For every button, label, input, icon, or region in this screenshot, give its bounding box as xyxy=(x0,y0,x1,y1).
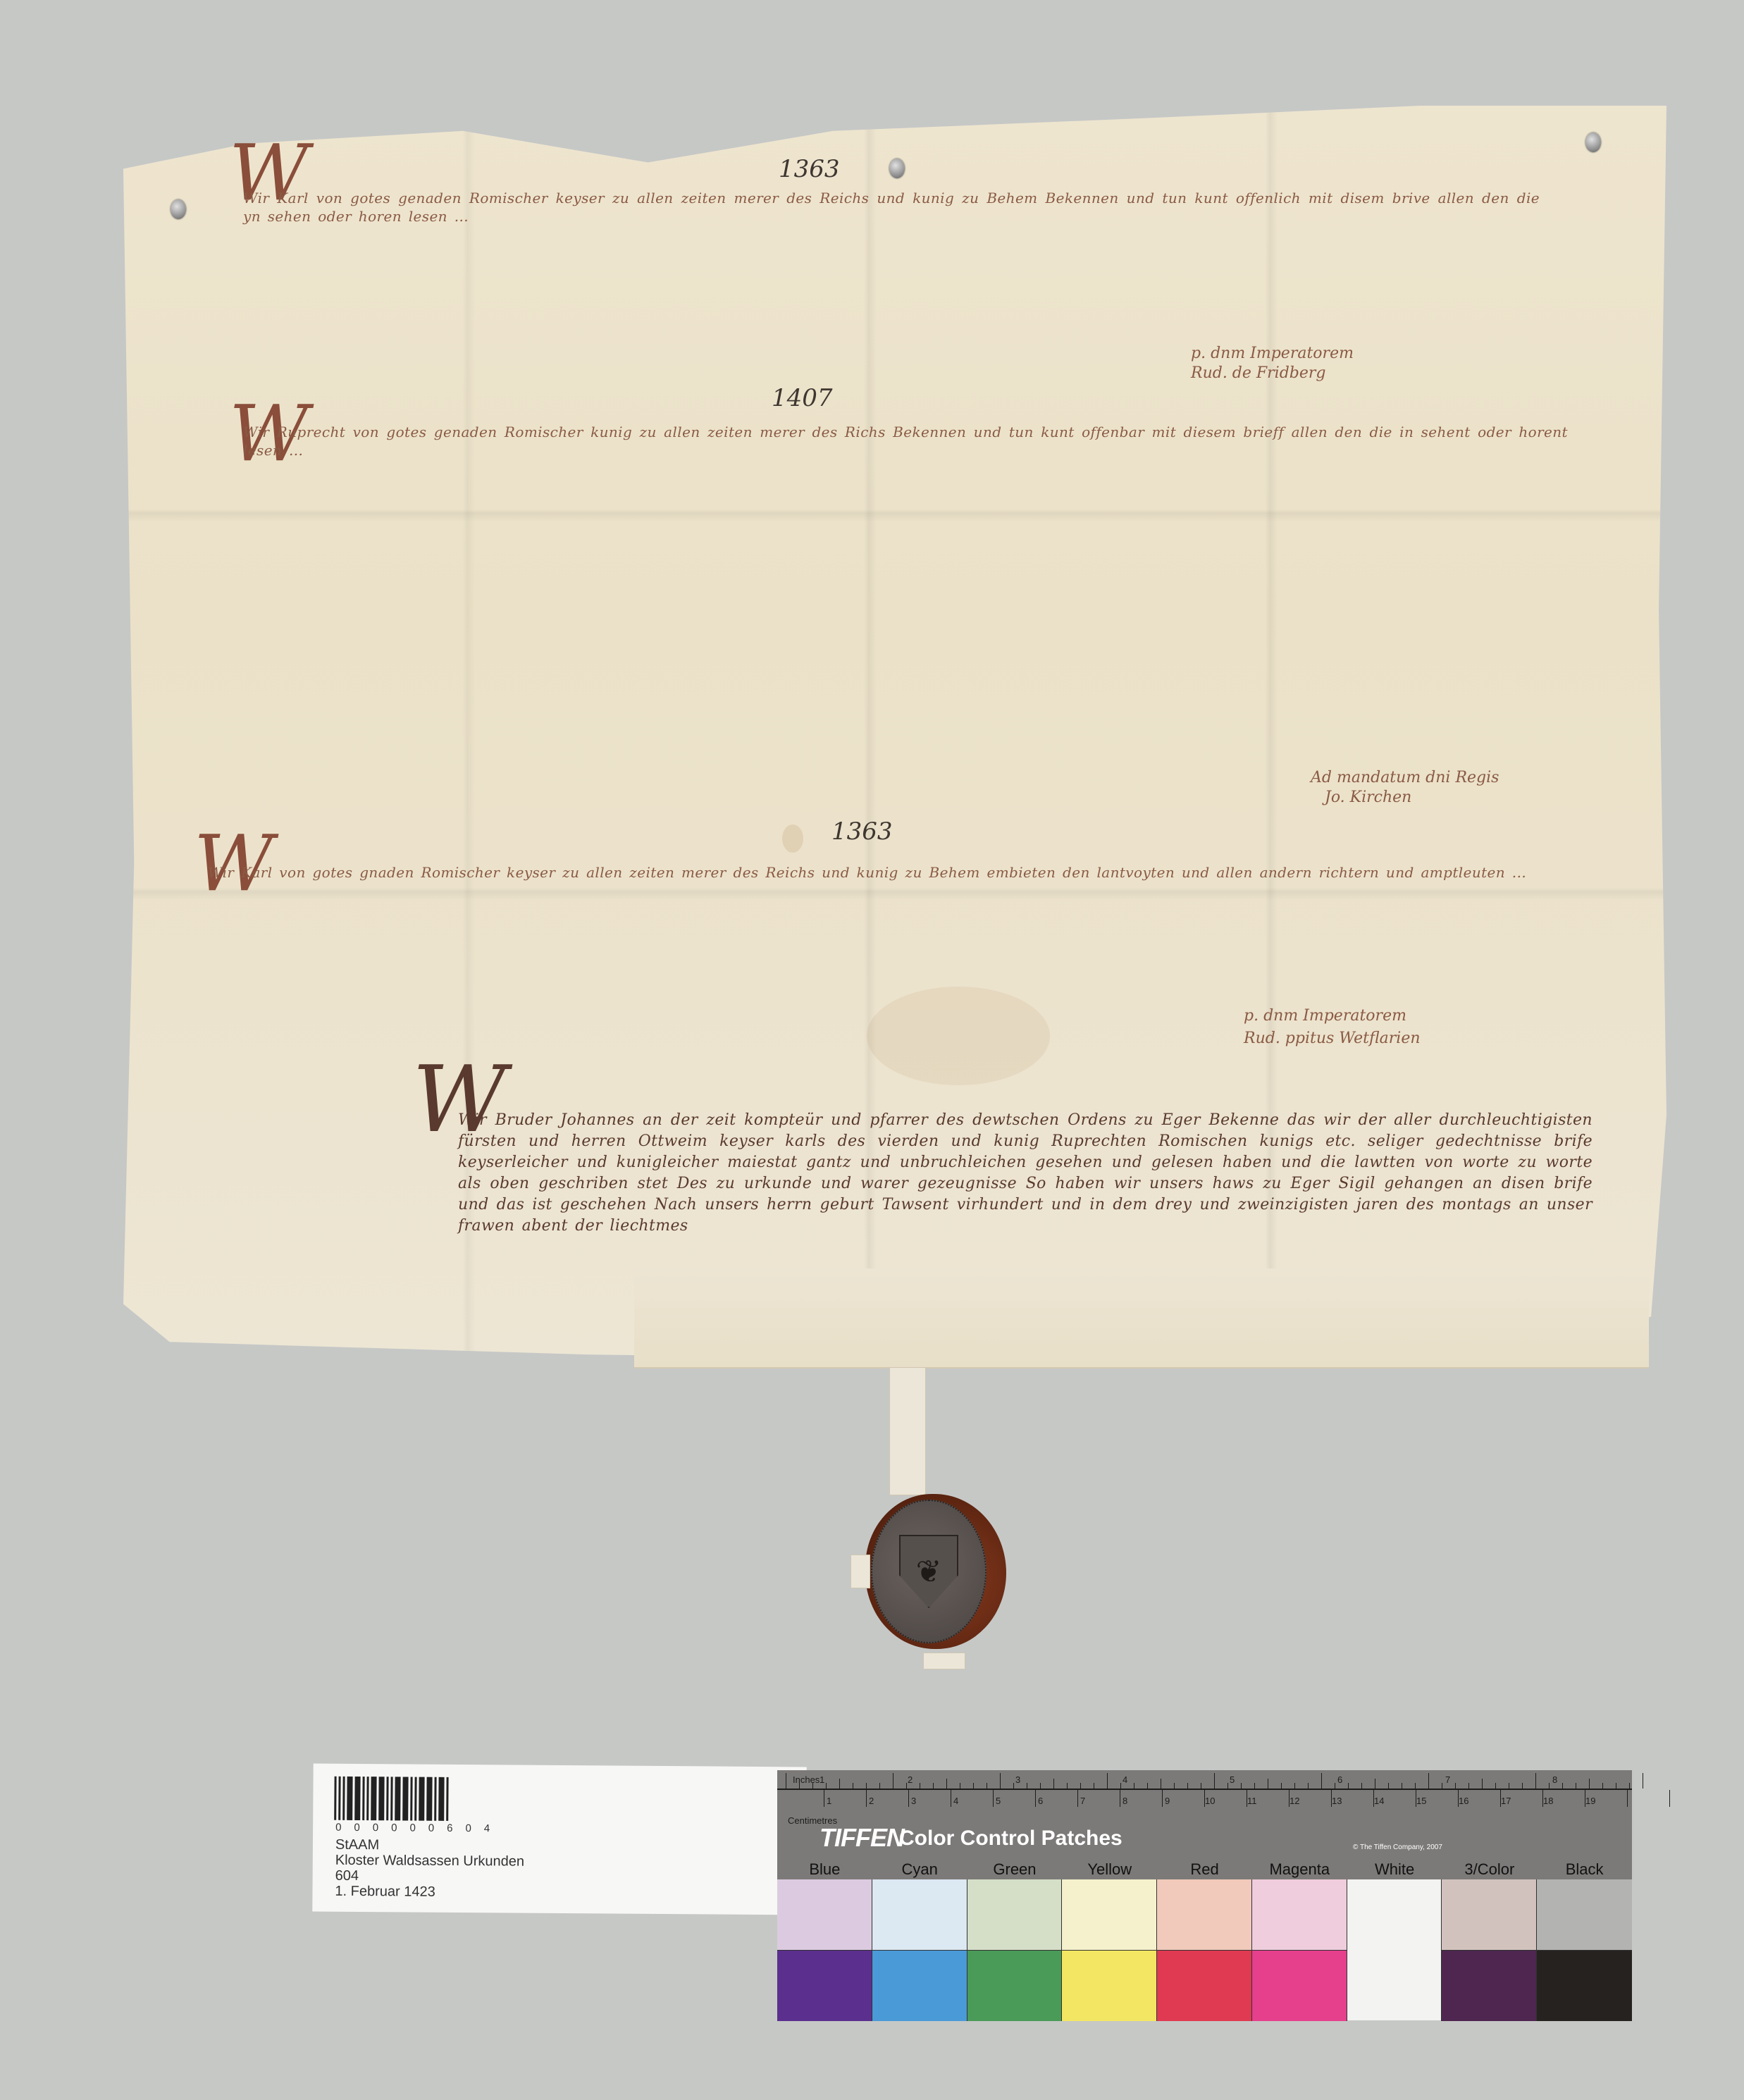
cm-tick xyxy=(1458,1790,1459,1807)
patch-label-cyan: Cyan xyxy=(872,1860,967,1879)
inch-tick xyxy=(853,1783,853,1789)
cm-tick xyxy=(1416,1790,1416,1807)
inch-tick-label: 3 xyxy=(1015,1774,1020,1785)
patch-label-magenta: Magenta xyxy=(1252,1860,1347,1879)
patch-label-3color: 3/Color xyxy=(1442,1860,1537,1879)
cm-tick-label: 19 xyxy=(1585,1796,1595,1806)
document-date: 1. Februar 1423 xyxy=(335,1884,435,1900)
patch-dark xyxy=(1252,1951,1347,2021)
cm-tick xyxy=(1585,1790,1585,1807)
cm-tick xyxy=(1627,1790,1628,1807)
patch-column-magenta xyxy=(1252,1879,1347,2021)
patch-label-blue: Blue xyxy=(777,1860,872,1879)
patch-light xyxy=(967,1879,1062,1951)
inch-tick xyxy=(1361,1783,1362,1789)
patch-column-blue xyxy=(777,1879,872,2021)
inch-tick xyxy=(1161,1779,1161,1789)
inch-tick xyxy=(1415,1783,1416,1789)
stain xyxy=(782,824,803,853)
inch-tick xyxy=(1254,1783,1255,1789)
inch-tick xyxy=(1348,1783,1349,1789)
patch-dark xyxy=(1442,1951,1536,2021)
cm-tick xyxy=(1035,1790,1036,1807)
patch-label-black: Black xyxy=(1537,1860,1632,1879)
barcode-number: 000000604 xyxy=(335,1822,502,1835)
inch-tick xyxy=(799,1783,800,1789)
charter-plica-fold xyxy=(634,1268,1649,1369)
seal-strap-tab xyxy=(923,1653,965,1669)
patch-dark xyxy=(967,1951,1062,2021)
cm-tick xyxy=(1289,1790,1290,1807)
charter-section-2-text: Wir Ruprecht von gotes genaden Romischer… xyxy=(243,423,1568,789)
collection-name: Kloster Waldsassen Urkunden xyxy=(335,1853,524,1870)
inch-tick xyxy=(1616,1783,1616,1789)
patch-dark xyxy=(777,1951,872,2021)
cm-tick xyxy=(908,1790,909,1807)
patch-label-green: Green xyxy=(967,1860,1063,1879)
eagle-shield-icon: ❦ xyxy=(899,1535,958,1608)
patch-column-cyan xyxy=(872,1879,967,2021)
inch-tick xyxy=(1402,1783,1402,1789)
inch-tick xyxy=(1094,1783,1094,1789)
inch-tick xyxy=(973,1783,974,1789)
patch-light xyxy=(1442,1879,1536,1951)
card-title: Color Control Patches xyxy=(899,1827,1123,1851)
charter-section-1-text: Wir Karl von gotes genaden Romischer key… xyxy=(243,189,1540,365)
cm-tick-label: 16 xyxy=(1459,1796,1468,1806)
inch-tick xyxy=(1482,1779,1483,1789)
charter-section-3-text: Wir Karl von gotes gnaden Romischer keys… xyxy=(208,863,1547,997)
inch-tick xyxy=(1535,1773,1536,1789)
barcode-icon xyxy=(334,1777,502,1822)
cm-tick xyxy=(1500,1790,1501,1807)
inch-tick xyxy=(1549,1783,1550,1789)
inch-tick xyxy=(1000,1773,1001,1789)
inch-tick xyxy=(1509,1783,1509,1789)
cm-tick xyxy=(1204,1790,1205,1807)
patch-light xyxy=(1252,1879,1347,1951)
cm-tick-label: 4 xyxy=(953,1796,958,1806)
inch-tick-label: 5 xyxy=(1230,1774,1235,1785)
patch-column-3color xyxy=(1442,1879,1537,2021)
cm-tick-label: 14 xyxy=(1374,1796,1384,1806)
section-2-signature-line-2: Jo. Kirchen xyxy=(1325,788,1411,808)
section-2-signature-line-1: Ad mandatum dni Regis xyxy=(1311,768,1499,788)
inch-tick xyxy=(1281,1783,1282,1789)
patch-light xyxy=(872,1879,967,1951)
cm-tick-label: 3 xyxy=(911,1796,916,1806)
inch-tick xyxy=(1013,1783,1014,1789)
inch-tick xyxy=(1040,1783,1041,1789)
seal-impression: ❦ xyxy=(871,1500,987,1643)
cm-tick-label: 13 xyxy=(1332,1796,1342,1806)
inch-tick xyxy=(1107,1773,1108,1789)
inch-tick xyxy=(1643,1773,1643,1789)
cm-tick-label: 17 xyxy=(1501,1796,1511,1806)
inch-tick xyxy=(1120,1783,1121,1789)
cm-tick-label: 8 xyxy=(1123,1796,1127,1806)
section-1-signature-line-2: Rud. de Fridberg xyxy=(1191,364,1326,383)
cm-tick xyxy=(1373,1790,1374,1807)
cm-tick xyxy=(1247,1790,1247,1807)
inch-tick xyxy=(1147,1783,1148,1789)
inch-tick xyxy=(1468,1783,1469,1789)
section-1-signature-line-1: p. dnm Imperatorem xyxy=(1191,344,1354,364)
patch-dark xyxy=(1537,1951,1632,2021)
inch-tick xyxy=(920,1783,920,1789)
patch-light xyxy=(1157,1879,1251,1951)
seal-strap-tab xyxy=(851,1555,870,1588)
inch-tick-label: 2 xyxy=(908,1774,913,1785)
cm-tick xyxy=(993,1790,994,1807)
year-note-1: 1363 xyxy=(779,155,840,183)
patch-column-white xyxy=(1347,1879,1442,2021)
inch-tick xyxy=(1442,1783,1442,1789)
inch-tick xyxy=(1174,1783,1175,1789)
document-number: 604 xyxy=(335,1868,359,1884)
inch-tick xyxy=(1589,1779,1590,1789)
inch-tick-label: 8 xyxy=(1552,1774,1557,1785)
inch-tick xyxy=(1027,1783,1027,1789)
inch-tick xyxy=(826,1783,827,1789)
inch-tick-label: 4 xyxy=(1123,1774,1127,1785)
patch-dark xyxy=(1347,1950,1442,2020)
archive-label: 000000604 StAAM Kloster Waldsassen Urkun… xyxy=(312,1764,806,1915)
inch-tick xyxy=(1321,1773,1322,1789)
cm-tick xyxy=(1077,1790,1078,1807)
patch-light xyxy=(1537,1879,1632,1951)
inch-tick xyxy=(946,1779,947,1789)
patch-label-white: White xyxy=(1347,1860,1442,1879)
section-3-signature-line-1: p. dnm Imperatorem xyxy=(1244,1006,1406,1026)
cm-tick-label: 10 xyxy=(1205,1796,1215,1806)
pin-icon xyxy=(171,199,186,219)
inch-tick xyxy=(786,1773,786,1789)
inch-tick xyxy=(987,1783,987,1789)
inch-tick xyxy=(1602,1783,1603,1789)
inch-tick xyxy=(1134,1783,1134,1789)
patch-column-black xyxy=(1537,1879,1632,2021)
stain xyxy=(867,987,1050,1085)
year-note-3: 1363 xyxy=(831,817,893,846)
inch-tick xyxy=(1388,1783,1389,1789)
cm-tick xyxy=(1542,1790,1543,1807)
inch-tick xyxy=(1308,1783,1309,1789)
inch-tick xyxy=(1080,1783,1081,1789)
cm-tick-label: 5 xyxy=(996,1796,1001,1806)
inch-tick xyxy=(933,1783,934,1789)
inch-tick-label: 6 xyxy=(1337,1774,1342,1785)
cm-tick xyxy=(951,1790,951,1807)
patch-light xyxy=(1062,1879,1156,1951)
inch-tick xyxy=(879,1783,880,1789)
inch-tick xyxy=(1067,1783,1068,1789)
pin-icon xyxy=(1585,132,1601,152)
color-patches xyxy=(777,1879,1632,2021)
charter-section-4-text: Wir Bruder Johannes an der zeit kompteür… xyxy=(458,1110,1593,1258)
cm-tick xyxy=(866,1790,867,1807)
inch-tick xyxy=(960,1783,960,1789)
inch-tick xyxy=(893,1773,893,1789)
cm-tick-label: 6 xyxy=(1038,1796,1043,1806)
inch-tick xyxy=(1455,1783,1456,1789)
seal-strap xyxy=(889,1367,926,1495)
pin-icon xyxy=(889,159,905,178)
patch-label-yellow: Yellow xyxy=(1062,1860,1157,1879)
cm-tick-label: 7 xyxy=(1080,1796,1085,1806)
ruler: Inches 1 2 3 4 5 6 7 8 1 2 3 4 5 6 7 8 9… xyxy=(777,1770,1632,1812)
section-3-signature-line-2: Rud. ppitus Wetflarien xyxy=(1244,1029,1421,1049)
patch-label-red: Red xyxy=(1157,1860,1252,1879)
inch-tick xyxy=(1214,1773,1215,1789)
cm-tick xyxy=(1331,1790,1332,1807)
patch-dark xyxy=(1062,1951,1156,2021)
inch-tick-label: 7 xyxy=(1445,1774,1450,1785)
card-copyright: © The Tiffen Company, 2007 xyxy=(1353,1843,1442,1851)
inch-tick xyxy=(1629,1783,1630,1789)
inch-tick xyxy=(839,1779,840,1789)
patch-light xyxy=(1347,1879,1442,1950)
cm-tick xyxy=(1162,1790,1163,1807)
inch-tick xyxy=(1201,1783,1201,1789)
cm-tick-label: 9 xyxy=(1165,1796,1170,1806)
inch-tick xyxy=(1495,1783,1496,1789)
inch-tick-label: 1 xyxy=(820,1774,824,1785)
inches-label: Inches xyxy=(793,1774,820,1785)
inch-tick xyxy=(866,1783,867,1789)
inch-tick xyxy=(1241,1783,1242,1789)
cm-tick-label: 11 xyxy=(1247,1796,1257,1806)
patch-labels: Blue Cyan Green Yellow Red Magenta White… xyxy=(777,1860,1632,1879)
inch-tick xyxy=(1294,1783,1295,1789)
year-note-2: 1407 xyxy=(772,384,833,412)
inch-tick xyxy=(1187,1783,1188,1789)
cm-tick-label: 18 xyxy=(1543,1796,1553,1806)
patch-light xyxy=(777,1879,872,1951)
wax-seal: ❦ xyxy=(865,1494,1006,1649)
patch-dark xyxy=(1157,1951,1251,2021)
archive-name: StAAM xyxy=(335,1837,379,1853)
inch-tick xyxy=(1227,1783,1228,1789)
inch-tick xyxy=(1335,1783,1335,1789)
inch-tick xyxy=(1268,1779,1268,1789)
patch-column-yellow xyxy=(1062,1879,1157,2021)
patch-column-green xyxy=(967,1879,1063,2021)
cm-tick xyxy=(824,1790,824,1807)
cm-tick-label: 15 xyxy=(1416,1796,1426,1806)
inch-tick xyxy=(1053,1779,1054,1789)
cm-tick xyxy=(1120,1790,1120,1807)
inch-tick xyxy=(812,1783,813,1789)
inch-tick xyxy=(906,1783,907,1789)
cm-tick-label: 1 xyxy=(827,1796,831,1806)
inch-tick xyxy=(1428,1773,1429,1789)
inch-tick xyxy=(1576,1783,1576,1789)
inch-tick xyxy=(1375,1779,1375,1789)
cm-tick-label: 2 xyxy=(869,1796,874,1806)
cm-tick xyxy=(1669,1790,1670,1807)
inch-tick xyxy=(1562,1783,1563,1789)
tiffen-logo: TIFFEN xyxy=(820,1823,904,1853)
patch-column-red xyxy=(1157,1879,1252,2021)
cm-tick-label: 12 xyxy=(1290,1796,1299,1806)
inch-tick xyxy=(1522,1783,1523,1789)
patch-dark xyxy=(872,1951,967,2021)
